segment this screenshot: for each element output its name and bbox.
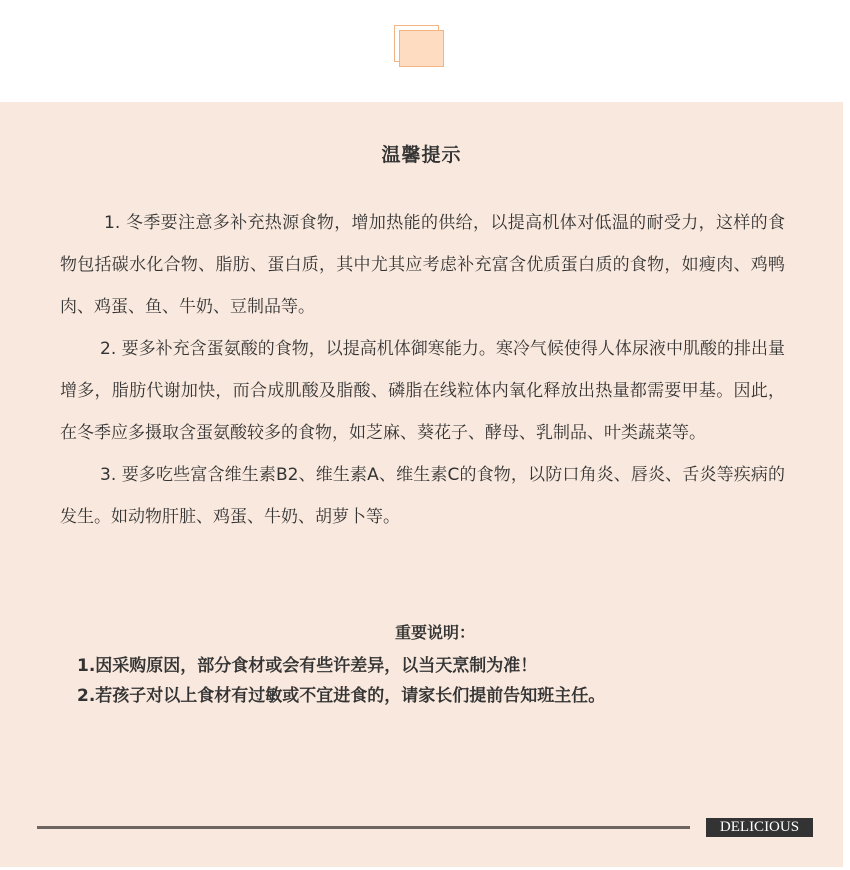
decoration-square-front xyxy=(399,30,444,67)
tip-item: 1. 冬季要注意多补充热源食物，增加热能的供给，以提高机体对低温的耐受力，这样的… xyxy=(60,202,785,328)
tip-item: 2. 要多补充含蛋氨酸的食物，以提高机体御寒能力。寒冷气候使得人体尿液中肌酸的排… xyxy=(60,328,785,454)
note-item: 1.因采购原因，部分食材或会有些许差异，以当天烹制为准！ xyxy=(77,651,797,681)
top-area xyxy=(0,0,850,102)
tips-panel: 温馨提示 1. 冬季要注意多补充热源食物，增加热能的供给，以提高机体对低温的耐受… xyxy=(0,102,843,867)
notes-heading: 重要说明： xyxy=(0,620,850,643)
tips-list: 1. 冬季要注意多补充热源食物，增加热能的供给，以提高机体对低温的耐受力，这样的… xyxy=(60,202,785,538)
footer-divider xyxy=(37,826,690,829)
notes-list: 1.因采购原因，部分食材或会有些许差异，以当天烹制为准！ 2.若孩子对以上食材有… xyxy=(77,651,797,711)
delicious-badge: DELICIOUS xyxy=(706,818,813,837)
page-title: 温馨提示 xyxy=(0,140,843,167)
tip-item: 3. 要多吃些富含维生素B2、维生素A、维生素C的食物，以防口角炎、唇炎、舌炎等… xyxy=(60,454,785,538)
stacked-squares-icon xyxy=(393,25,451,71)
note-item: 2.若孩子对以上食材有过敏或不宜进食的，请家长们提前告知班主任。 xyxy=(77,681,797,711)
